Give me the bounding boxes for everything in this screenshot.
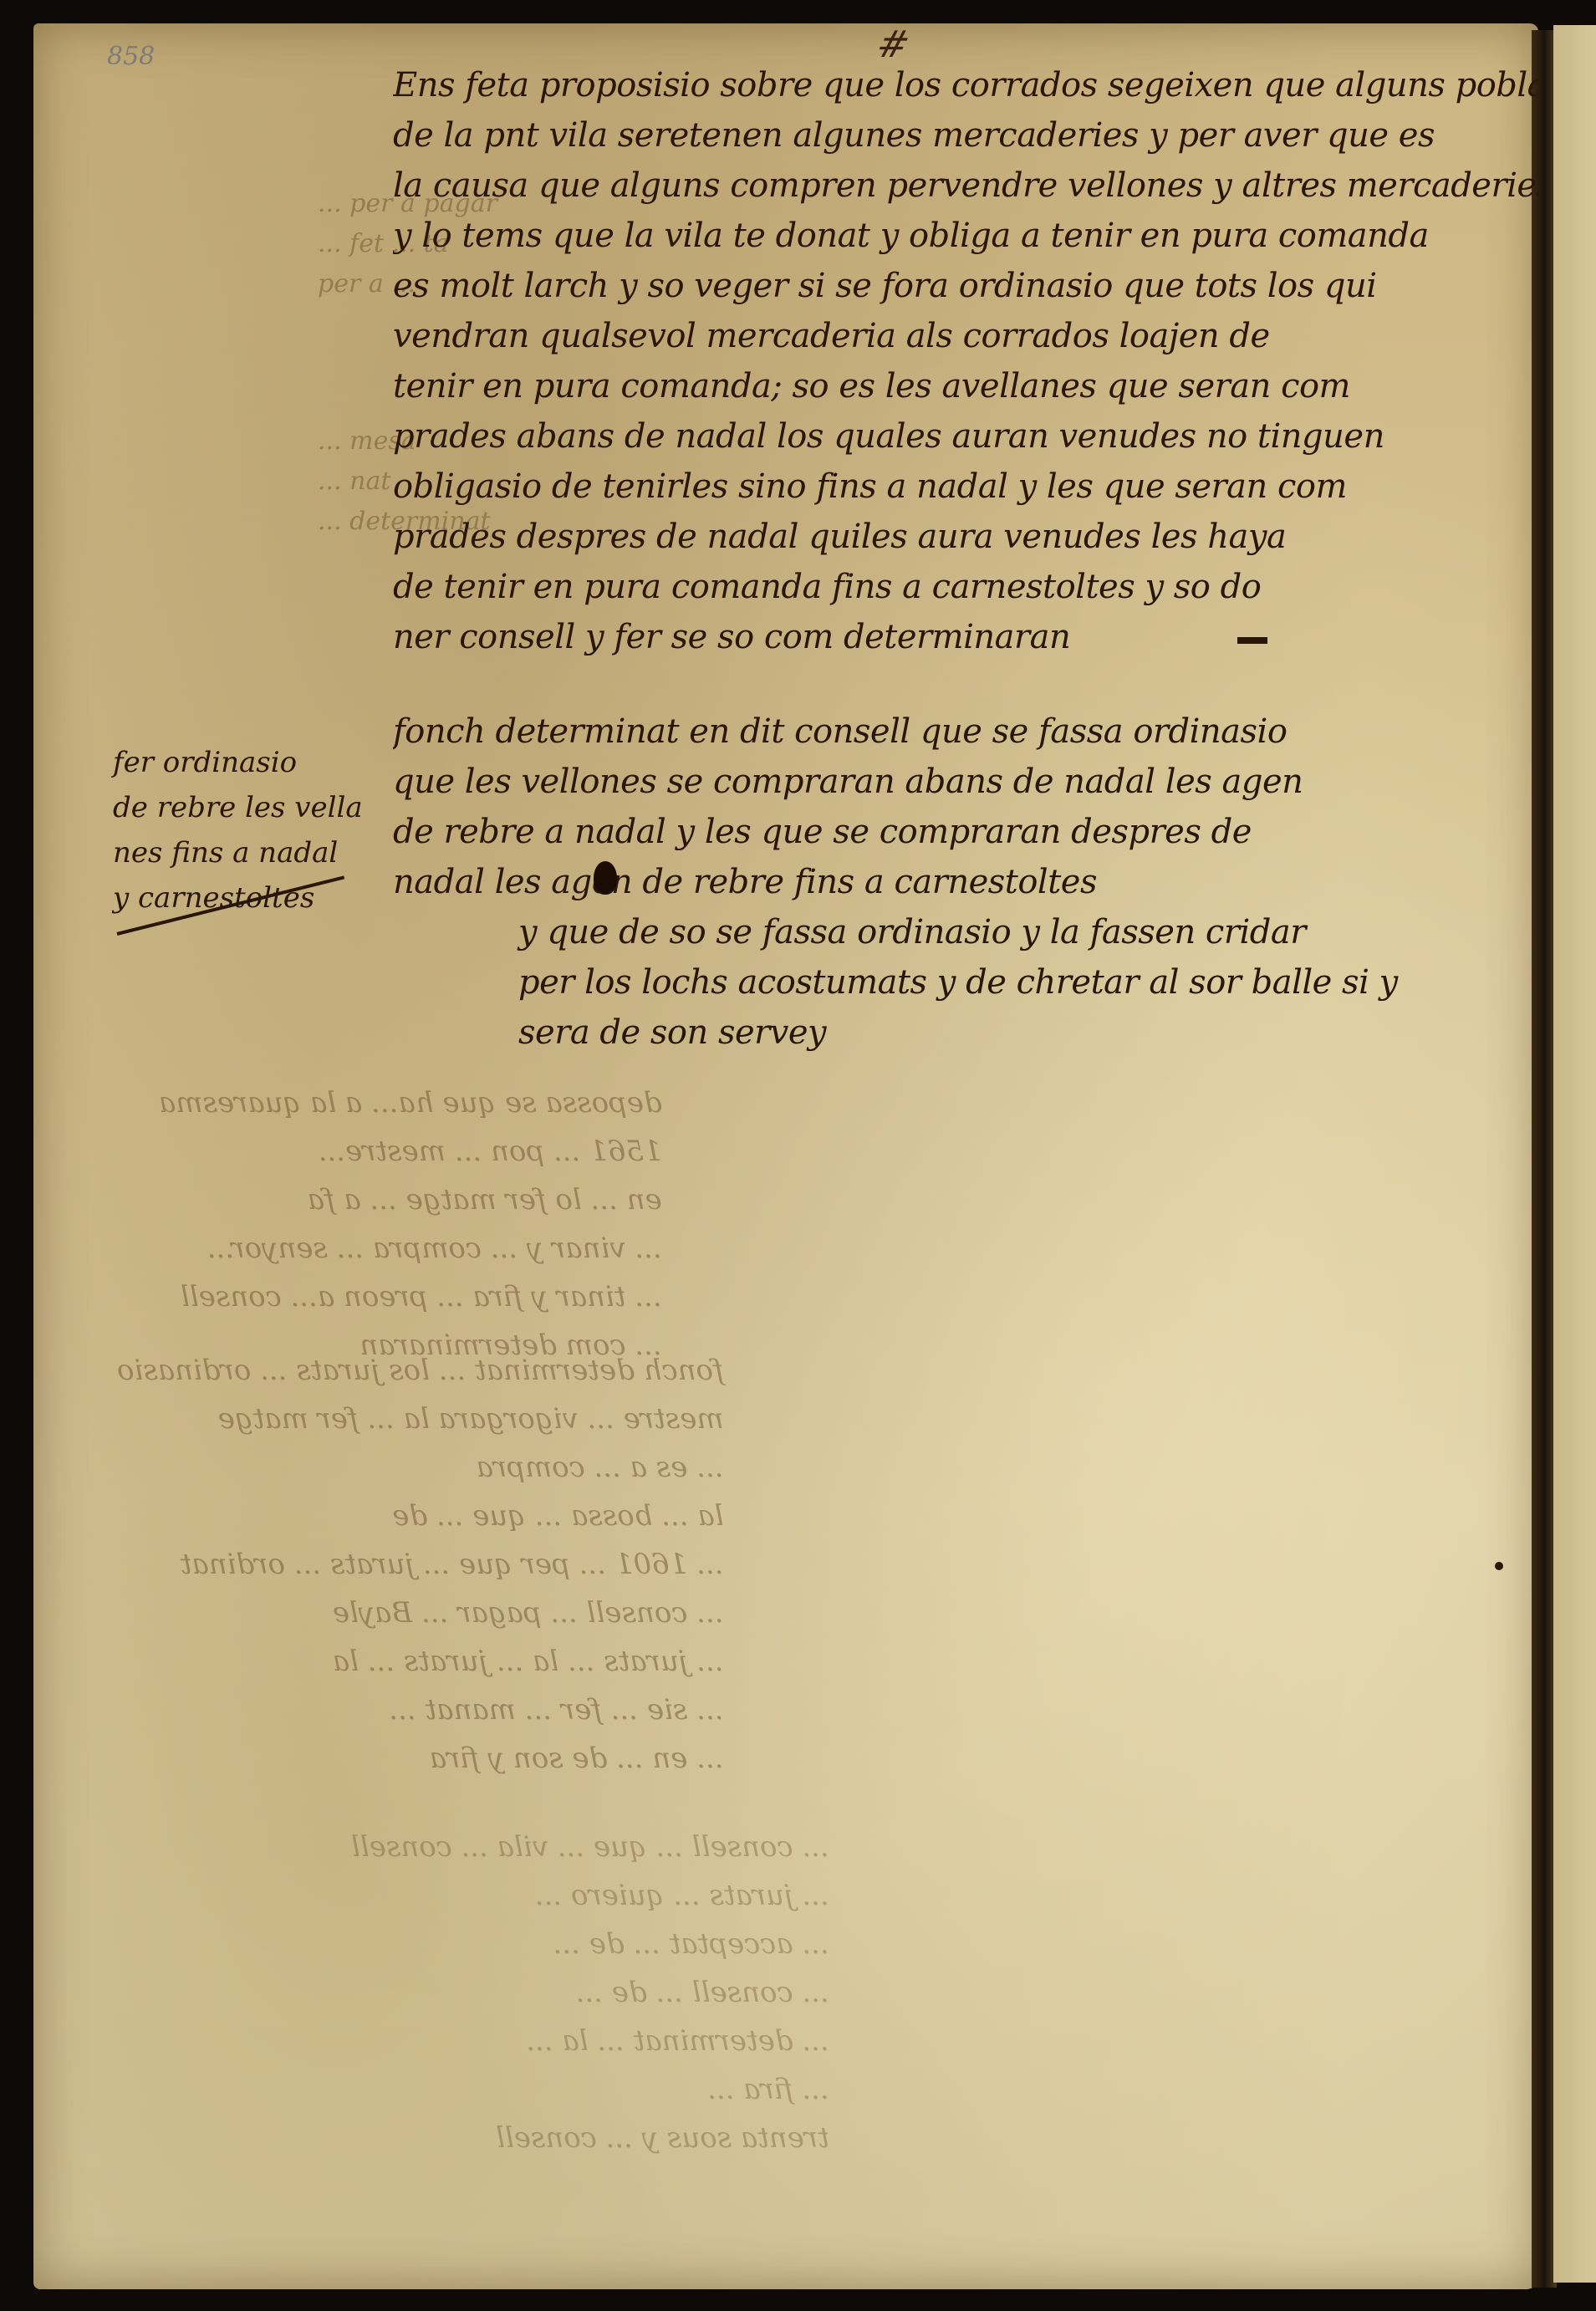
bleed-line: ... en ... de son y fira: [117, 1734, 724, 1783]
bleed-line: la ... bossa ... que ... de: [117, 1492, 724, 1540]
bleed-line: ... consell ... que ... vila ... consell: [351, 1823, 829, 1871]
text-line: prades abans de nadal los quales auran v…: [393, 411, 1538, 462]
bleed-line: ... tinar y fira ... preon a... consell: [159, 1273, 662, 1321]
bleed-line: 1561 ... pon ... mestre...: [159, 1127, 662, 1176]
text-line: Ens feta proposisio sobre que los corrad…: [393, 60, 1538, 110]
text-line: fonch determinat en dit consell que se f…: [393, 707, 1538, 757]
margin-note-line: nes fins a nadal: [113, 830, 397, 875]
text-line: tenir en pura comanda; so es les avellan…: [393, 361, 1538, 411]
text-line: per los lochs acostumats y de chretar al…: [393, 957, 1538, 1008]
dash-mark: [1237, 637, 1267, 644]
bleed-line: ... consell ... de ...: [351, 1968, 829, 2017]
text-line: vendran qualsevol mercaderia als corrado…: [393, 311, 1538, 361]
text-line: de la pnt vila seretenen algunes mercade…: [393, 110, 1538, 161]
facing-page-edge: [1553, 25, 1596, 2283]
resolution-text: fonch determinat en dit consell que se f…: [393, 707, 1538, 1058]
text-line: nadal les agen de rebre fins a carnestol…: [393, 857, 1538, 907]
text-line: de tenir en pura comanda fins a carnesto…: [393, 562, 1538, 612]
bleed-line: en ... lo fer matge ... a fa: [159, 1176, 662, 1224]
folio-number: 858: [107, 42, 155, 71]
bleed-line: ... jurats ... la ... jurats ... la: [117, 1637, 724, 1686]
bleed-line: trenta sous y ... consell: [351, 2114, 829, 2162]
text-line: de rebre a nadal y les que se compraran …: [393, 807, 1538, 857]
bleed-line: ... determinat ... la ...: [351, 2017, 829, 2065]
bleed-line: ... vinar y ... compra ... senyor...: [159, 1224, 662, 1273]
bleed-line: ... jurats ... quiero ...: [351, 1871, 829, 1920]
bleed-line: fonch determinat ... los jurats ... ordi…: [117, 1346, 724, 1395]
margin-note-line: de rebre les vella: [113, 785, 397, 830]
margin-note-line: fer ordinasio: [113, 740, 397, 785]
bleed-line: ... sie ... fer ... manat ...: [117, 1686, 724, 1734]
bleed-line: ... 1601 ... per que ... jurats ... ordi…: [117, 1540, 724, 1589]
text-line: ner consell y fer se so com determinaran: [393, 612, 1538, 662]
text-line: obligasio de tenirles sino fins a nadal …: [393, 462, 1538, 512]
text-line: y lo tems que la vila te donat y obliga …: [393, 211, 1538, 261]
text-line: prades despres de nadal quiles aura venu…: [393, 512, 1538, 562]
ink-blot: [594, 861, 617, 895]
text-line: que les vellones se compraran abans de n…: [393, 757, 1538, 807]
bleed-through-text: ... consell ... que ... vila ... consell…: [351, 1823, 829, 2162]
text-line: sera de son servey: [393, 1008, 1538, 1058]
bleed-line: ... fira ...: [351, 2065, 829, 2114]
bleed-line: ... consell ... pagar ... Bayle: [117, 1589, 724, 1637]
text-line: es molt larch y so veger si se fora ordi…: [393, 261, 1538, 311]
bleed-line: ... es a ... compra: [117, 1443, 724, 1492]
bleed-through-text: fonch determinat ... los jurats ... ordi…: [117, 1346, 724, 1783]
proposal-text: Ens feta proposisio sobre que los corrad…: [393, 60, 1538, 662]
bleed-through-text: depossa se que ha... a la quaresma 1561 …: [159, 1079, 662, 1370]
bleed-line: depossa se que ha... a la quaresma: [159, 1079, 662, 1127]
bleed-line: mestre ... vigorgara la ... fer matge: [117, 1395, 724, 1443]
text-line: y que de so se fassa ordinasio y la fass…: [393, 907, 1538, 957]
margin-note: fer ordinasio de rebre les vella nes fin…: [113, 740, 397, 921]
text-line: la causa que alguns compren pervendre ve…: [393, 161, 1538, 211]
bleed-line: ... acceptat ... de ...: [351, 1920, 829, 1968]
ink-dot: [1495, 1562, 1503, 1570]
